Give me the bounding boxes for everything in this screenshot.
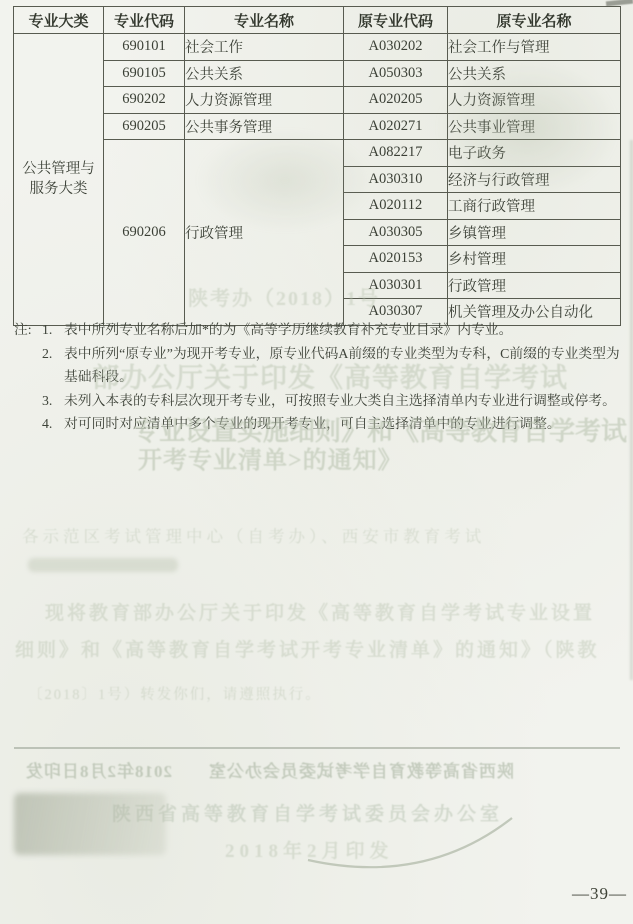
note-item: 注: 1. 表中所列专业名称后加*的为《高等学历继续教育补充专业目录》内专业。: [14, 318, 622, 342]
ghost-imprint-mirrored: 陕西省高等教育自学考试委员会办公室 2018年2月8日印发: [25, 757, 514, 782]
ghost-body-line2: 细则》和《高等教育自学考试开考专业清单》的通知》（陕教: [15, 635, 600, 662]
scanned-document-page: 专业大类 专业代码 专业名称 原专业代码 原专业名称 公共管理与 服务大类 69…: [0, 0, 633, 924]
cell-old-name: 乡村管理: [448, 246, 621, 273]
ghost-addressee-line: 各示范区考试管理中心（自考办）、西安市教育考试: [22, 523, 485, 547]
header-major-category: 专业大类: [14, 7, 104, 34]
bleed-through-smudge: [28, 558, 178, 572]
table-row: 公共管理与 服务大类 690101 社会工作 A030202 社会工作与管理: [14, 34, 621, 61]
cell-old-code: A050303: [344, 60, 448, 87]
ghost-stamp-ref: 陕考办（2018）1号: [188, 282, 380, 311]
header-old-major-name: 原专业名称: [448, 7, 621, 34]
ink-smudge: [14, 793, 166, 855]
cell-major-name: 人力资源管理: [185, 87, 344, 114]
cell-major-name: 公共关系: [185, 60, 344, 87]
page-number: —39—: [572, 884, 627, 904]
cell-old-name: 行政管理: [448, 272, 621, 299]
pen-scratch: [300, 808, 520, 878]
cell-major-name: 社会工作: [185, 34, 344, 61]
header-old-major-code: 原专业代码: [344, 7, 448, 34]
notes-label: 注:: [14, 318, 42, 342]
cell-old-code: A020153: [344, 246, 448, 273]
cell-major-code: 690101: [104, 34, 185, 61]
header-major-code: 专业代码: [104, 7, 185, 34]
note-number: 4.: [42, 412, 64, 436]
separator-rule: [14, 747, 620, 749]
ghost-title-line3: 开考专业清单>的通知》: [138, 440, 403, 475]
cell-old-name: 乡镇管理: [448, 219, 621, 246]
cell-major-code: 690202: [104, 87, 185, 114]
ghost-body-line3: 〔2018〕1号）转发你们，请遵照执行。: [28, 683, 322, 704]
bleed-through-smudge: [195, 128, 375, 233]
category-cell: 公共管理与 服务大类: [14, 34, 104, 326]
cell-major-code: 690105: [104, 60, 185, 87]
note-number: 1.: [42, 318, 64, 342]
cell-old-code: A020205: [344, 87, 448, 114]
ghost-body-line1: 现将教育部办公厅关于印发《高等教育自学考试专业设置: [45, 598, 595, 625]
bleed-through-smudge: [435, 58, 620, 198]
note-number: 3.: [42, 389, 64, 413]
cell-old-name: 社会工作与管理: [448, 34, 621, 61]
cell-old-code: A030202: [344, 34, 448, 61]
note-number: 2.: [42, 342, 64, 366]
ghost-title-line1: 部办公厅关于印发《高等教育自学考试: [92, 356, 568, 395]
table-header-row: 专业大类 专业代码 专业名称 原专业代码 原专业名称: [14, 7, 621, 34]
header-major-name: 专业名称: [185, 7, 344, 34]
cell-major-code: 690205: [104, 113, 185, 140]
category-line2: 服务大类: [30, 181, 88, 197]
category-line1: 公共管理与: [22, 161, 95, 177]
cell-major-code-merged: 690206: [104, 140, 185, 326]
note-text: 表中所列专业名称后加*的为《高等学历继续教育补充专业目录》内专业。: [64, 318, 622, 342]
